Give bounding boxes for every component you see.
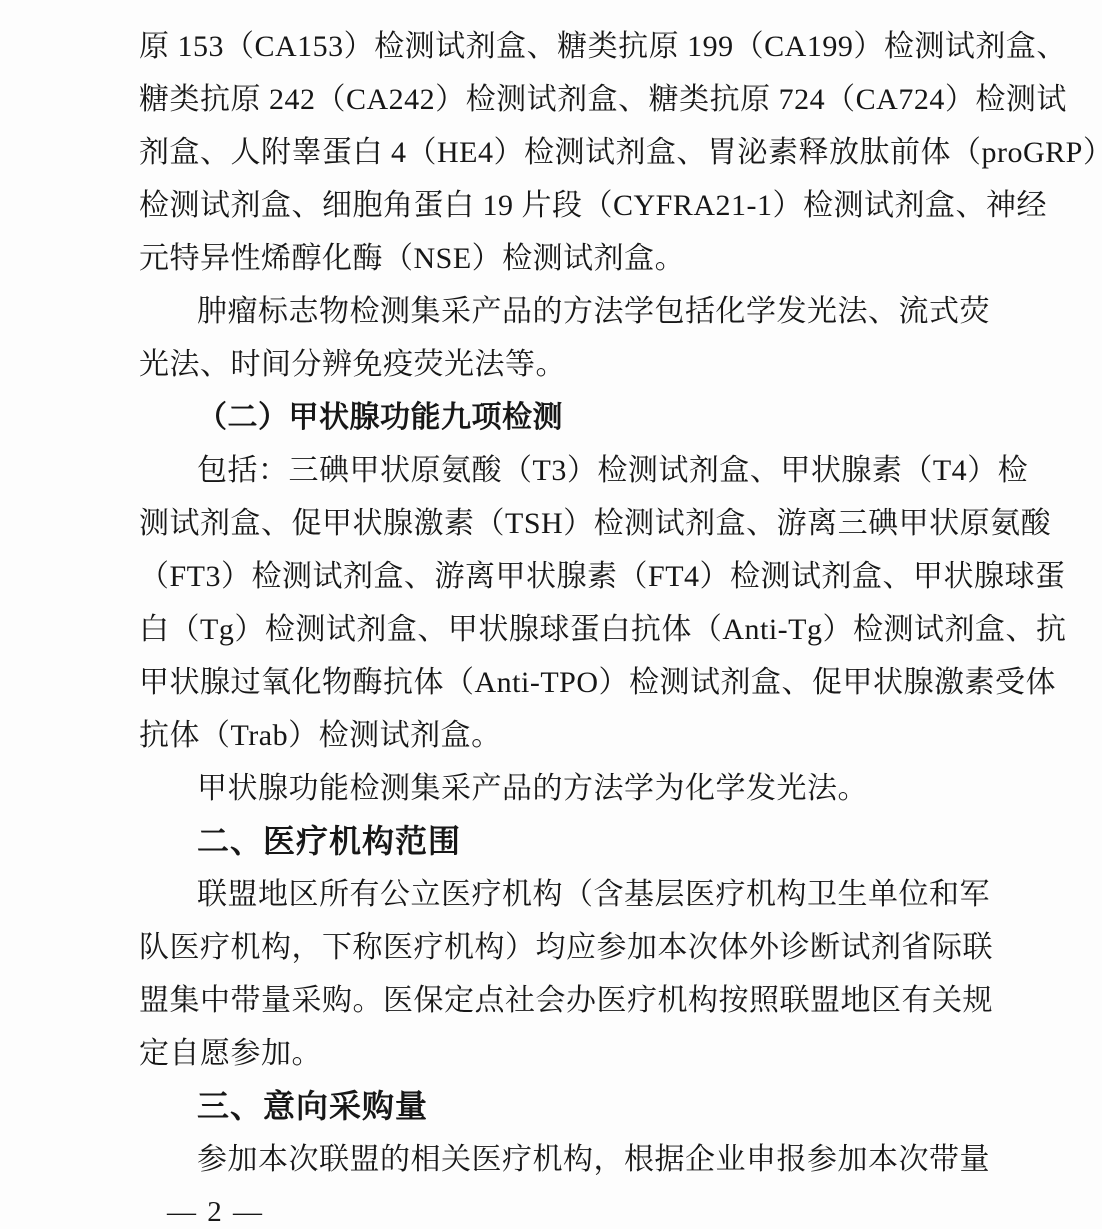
section-heading-3: 三、意向采购量 [139, 1080, 966, 1133]
text-line: （FT3）检测试剂盒、游离甲状腺素（FT4）检测试剂盒、甲状腺球蛋 [139, 550, 966, 603]
text-line: 糖类抗原 242（CA242）检测试剂盒、糖类抗原 724（CA724）检测试 [139, 73, 966, 126]
text-line-kai: 甲状腺功能检测集采产品的方法学为化学发光法。 [139, 762, 966, 815]
text-line: 检测试剂盒、细胞角蛋白 19 片段（CYFRA21-1）检测试剂盒、神经 [139, 179, 966, 232]
text-line: 定自愿参加。 [139, 1027, 966, 1080]
text-line: 甲状腺过氧化物酶抗体（Anti-TPO）检测试剂盒、促甲状腺激素受体 [139, 656, 966, 709]
text-line-kai: 光法、时间分辨免疫荧光法等。 [139, 338, 966, 391]
text-line-kai: 肿瘤标志物检测集采产品的方法学包括化学发光法、流式荧 [139, 285, 966, 338]
text-line: 包括：三碘甲状原氨酸（T3）检测试剂盒、甲状腺素（T4）检 [139, 444, 966, 497]
text-line: 测试剂盒、促甲状腺激素（TSH）检测试剂盒、游离三碘甲状原氨酸 [139, 497, 966, 550]
document-page: 原 153（CA153）检测试剂盒、糖类抗原 199（CA199）检测试剂盒、 … [0, 0, 1102, 1229]
text-line: 抗体（Trab）检测试剂盒。 [139, 709, 966, 762]
section-heading-2: 二、医疗机构范围 [139, 815, 966, 868]
subsection-heading: （二）甲状腺功能九项检测 [139, 391, 966, 444]
text-line: 剂盒、人附睾蛋白 4（HE4）检测试剂盒、胃泌素释放肽前体（proGRP） [139, 126, 966, 179]
text-line: 参加本次联盟的相关医疗机构，根据企业申报参加本次带量 [139, 1133, 966, 1186]
text-line: 白（Tg）检测试剂盒、甲状腺球蛋白抗体（Anti-Tg）检测试剂盒、抗 [139, 603, 966, 656]
text-line: 盟集中带量采购。医保定点社会办医疗机构按照联盟地区有关规 [139, 974, 966, 1027]
page-number: — 2 — [139, 1192, 966, 1229]
text-line: 联盟地区所有公立医疗机构（含基层医疗机构卫生单位和军 [139, 868, 966, 921]
text-line: 原 153（CA153）检测试剂盒、糖类抗原 199（CA199）检测试剂盒、 [139, 20, 966, 73]
text-line: 队医疗机构，下称医疗机构）均应参加本次体外诊断试剂省际联 [139, 921, 966, 974]
text-line: 元特异性烯醇化酶（NSE）检测试剂盒。 [139, 232, 966, 285]
